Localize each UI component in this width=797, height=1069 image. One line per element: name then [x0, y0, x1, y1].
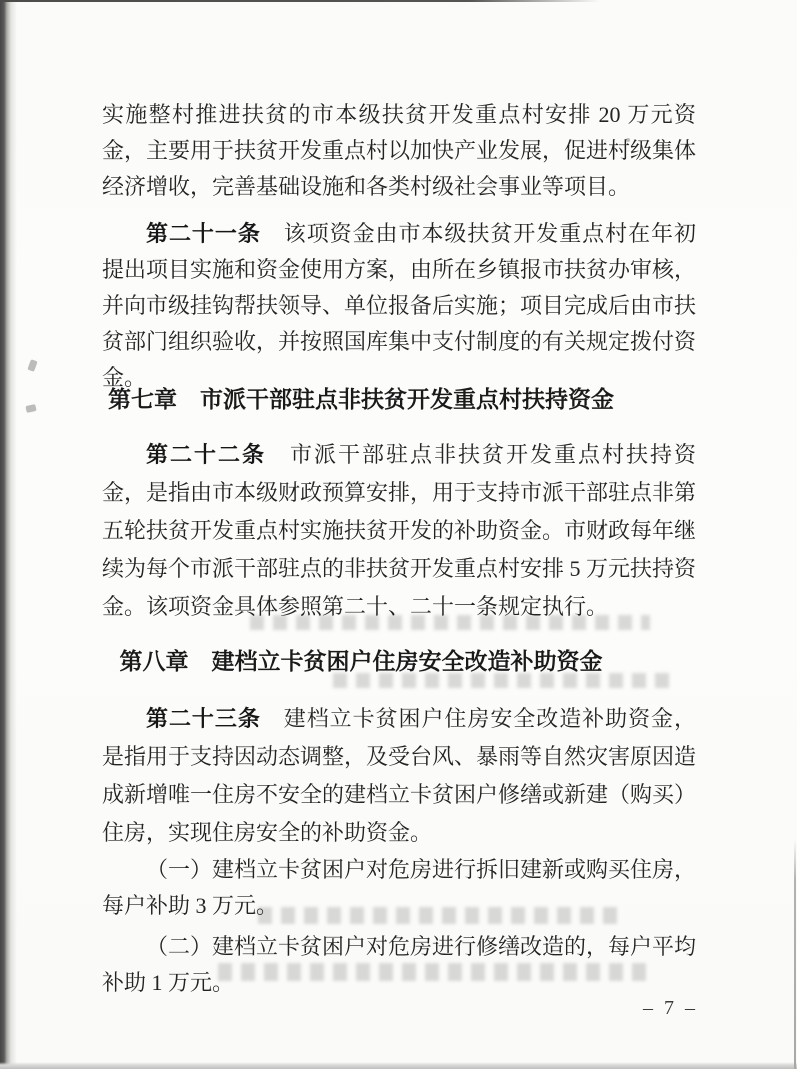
- scan-speck: [25, 404, 36, 413]
- scan-speck: [27, 359, 37, 372]
- article-22-text: 市派干部驻点非扶贫开发重点村扶持资金，是指由市本级财政预算安排，用于支持市派干部…: [102, 442, 696, 619]
- document-body: 实施整村推进扶贫的市本级扶贫开发重点村安排 20 万元资金，主要用于扶贫开发重点…: [102, 0, 696, 1069]
- list-item-1: （一）建档立卡贫困户对危房进行拆旧建新或购买住房，每户补助 3 万元。: [102, 852, 696, 924]
- article-23-lead: 第二十三条: [146, 706, 261, 731]
- article-21-text: 该项资金由市本级扶贫开发重点村在年初提出项目实施和资金使用方案，由所在乡镇报市扶…: [102, 221, 696, 390]
- list-item-2: （二）建档立卡贫困户对危房进行修缮改造的，每户平均补助 1 万元。: [102, 929, 696, 1001]
- paragraph-article-21: 第二十一条 该项资金由市本级扶贫开发重点村在年初提出项目实施和资金使用方案，由所…: [102, 216, 696, 396]
- article-22-lead: 第二十二条: [146, 442, 266, 467]
- chapter-8-heading: 第八章 建档立卡贫困户住房安全改造补助资金: [64, 646, 658, 676]
- article-21-lead: 第二十一条: [146, 221, 261, 246]
- paragraph-article-22: 第二十二条 市派干部驻点非扶贫开发重点村扶持资金，是指由市本级财政预算安排，用于…: [102, 436, 696, 626]
- chapter-7-heading: 第七章 市派干部驻点非扶贫开发重点村扶持资金: [64, 384, 658, 414]
- page-number: – 7 –: [643, 997, 698, 1020]
- scan-edge-left: [0, 0, 18, 1069]
- paragraph-article-23: 第二十三条 建档立卡贫困户住房安全改造补助资金，是指用于支持因动态调整，及受台风…: [102, 700, 696, 852]
- scanned-document-page: 实施整村推进扶贫的市本级扶贫开发重点村安排 20 万元资金，主要用于扶贫开发重点…: [0, 0, 797, 1069]
- paragraph-continuation: 实施整村推进扶贫的市本级扶贫开发重点村安排 20 万元资金，主要用于扶贫开发重点…: [102, 97, 696, 205]
- scan-edge-right: [794, 840, 796, 1069]
